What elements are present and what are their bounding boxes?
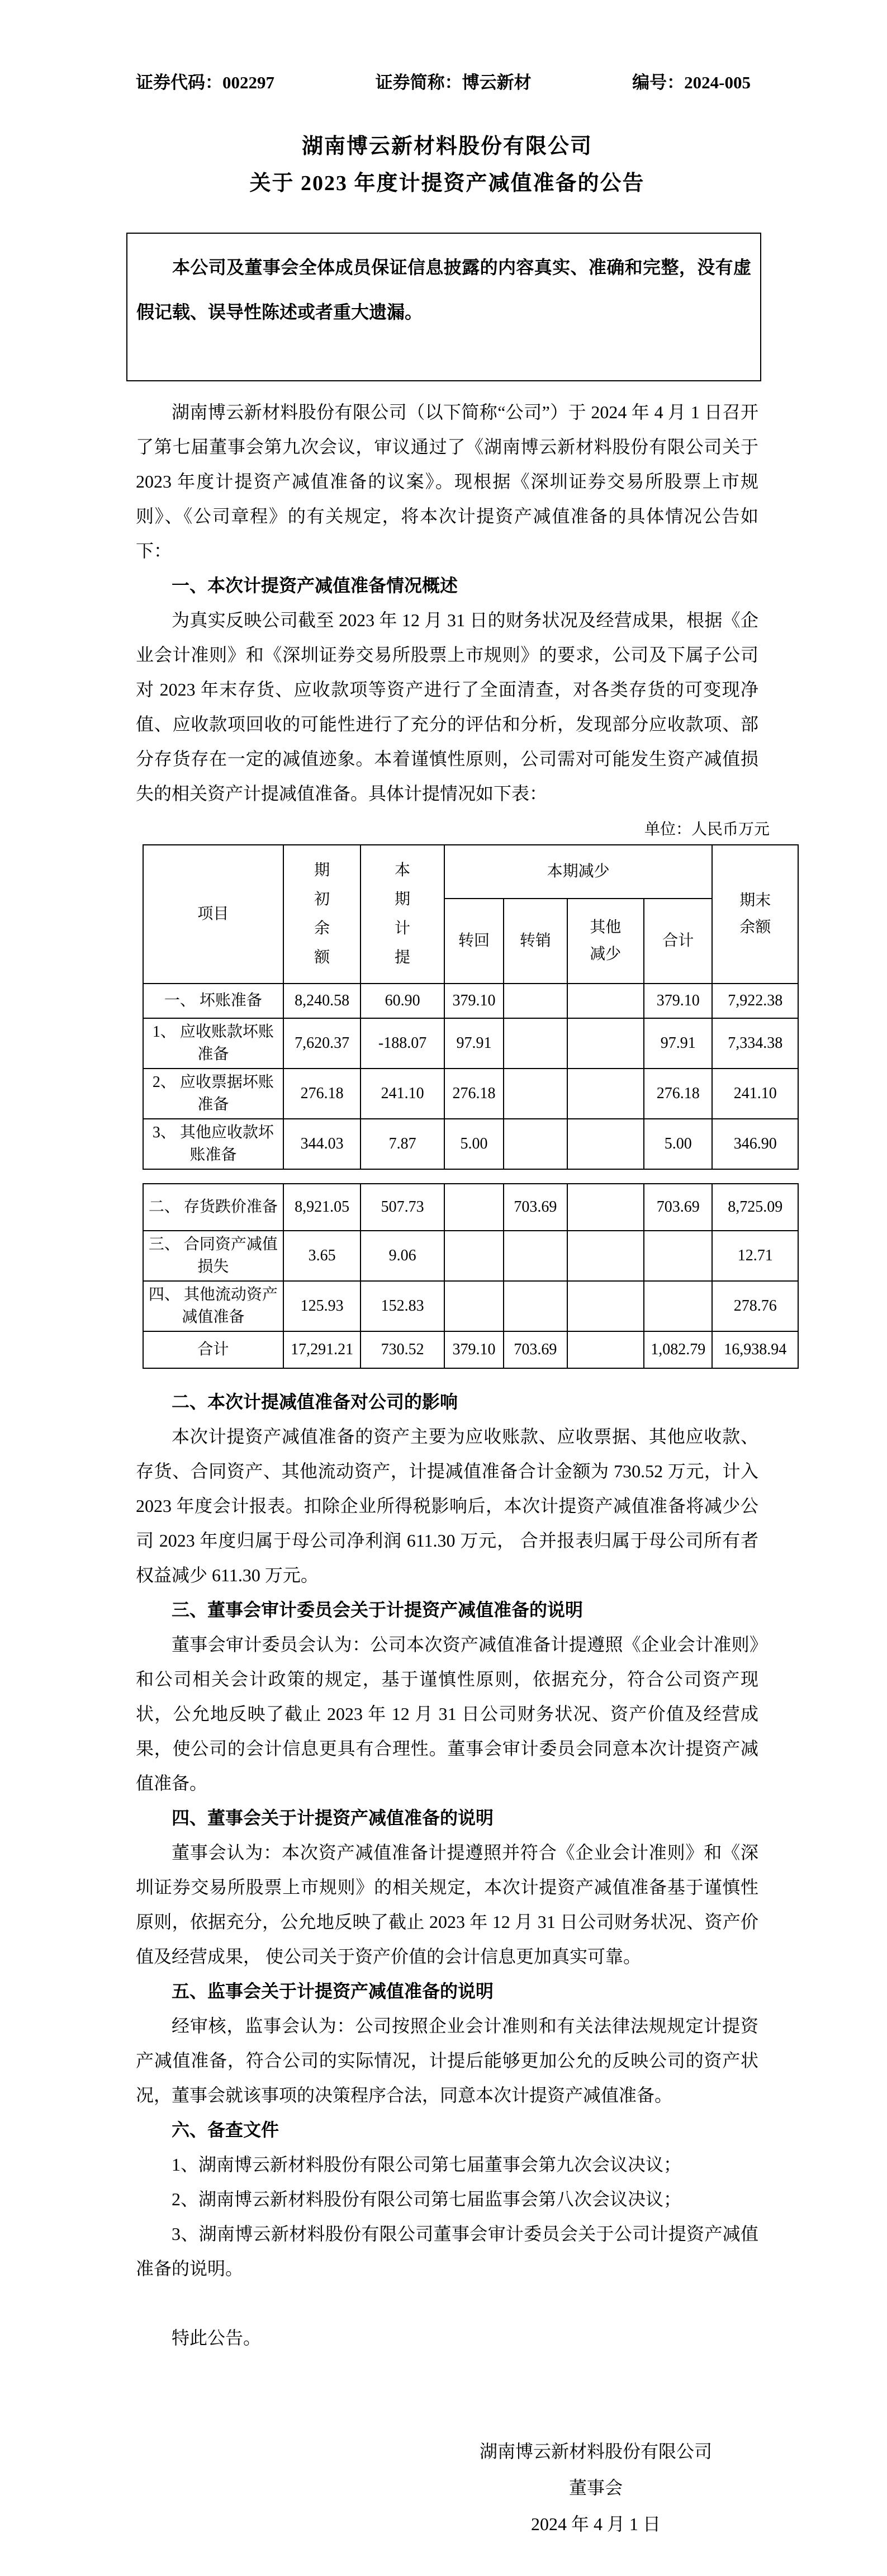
doc-number: 编号：2024-005 (632, 72, 751, 94)
section-heading-documents: 六、备查文件 (136, 2112, 758, 2147)
signature-board: 董事会 (473, 2470, 719, 2506)
board-paragraph: 董事会认为：本次资产减值准备计提遵照并符合《企业会计准则》和《深圳证券交易所股票… (136, 1835, 758, 1974)
stock-abbr: 证券简称：博云新材 (376, 72, 532, 94)
col-header-current-decrease: 本期减少 (444, 845, 713, 899)
doc-header: 证券代码：002297 证券简称：博云新材 编号：2024-005 (136, 72, 751, 94)
col-header-ending-balance: 期末余额 (712, 845, 798, 984)
table-row-other-current-assets: 四、 其他流动资产减值准备 125.93 152.83 278.76 (143, 1281, 798, 1331)
signature-block: 湖南博云新材料股份有限公司 董事会 2024 年 4 月 1 日 (473, 2433, 719, 2542)
doc-title: 湖南博云新材料股份有限公司 关于 2023 年度计提资产减值准备的公告 (136, 131, 758, 199)
section-heading-supervisory: 五、监事会关于计提资产减值准备的说明 (136, 1974, 758, 2008)
col-header-current-provision: 本期计提 (361, 845, 444, 984)
impact-paragraph: 本次计提资产减值准备的资产主要为应收账款、应收票据、其他应收款、存货、合同资产、… (136, 1419, 758, 1592)
impairment-table-part1: 项目 期初余额 本期计提 本期减少 期末余额 转回 转销 其他减少 合计 一、 … (143, 844, 799, 1170)
table-row-contract-assets: 三、 合同资产减值损失 3.65 9.06 12.71 (143, 1231, 798, 1281)
col-header-writeoff: 转销 (504, 899, 567, 984)
table-unit-label: 单位：人民币万元 (143, 819, 799, 841)
reference-document-3: 3、湖南博云新材料股份有限公司董事会审计委员会关于公司计提资产减值准备的说明。 (136, 2216, 758, 2286)
table-row-accounts-receivable: 1、 应收账款坏账准备 7,620.37 -188.07 97.91 97.91… (143, 1018, 798, 1069)
intro-paragraph: 湖南博云新材料股份有限公司（以下简称“公司”）于 2024 年 4 月 1 日召… (136, 395, 758, 568)
table-row-inventory: 二、 存货跌价准备 8,921.05 507.73 703.69 703.69 … (143, 1184, 798, 1231)
table-row-bad-debt: 一、 坏账准备 8,240.58 60.90 379.10 379.10 7,9… (143, 984, 798, 1018)
section-heading-impact: 二、本次计提减值准备对公司的影响 (136, 1384, 758, 1419)
overview-paragraph: 为真实反映公司截至 2023 年 12 月 31 日的财务状况及经营成果，根据《… (136, 603, 758, 811)
title-company: 湖南博云新材料股份有限公司 (136, 131, 758, 162)
col-header-beginning-balance: 期初余额 (283, 845, 361, 984)
announcement-page: 证券代码：002297 证券简称：博云新材 编号：2024-005 湖南博云新材… (0, 0, 887, 2576)
reference-document-1: 1、湖南博云新材料股份有限公司第七届董事会第九次会议决议； (136, 2147, 758, 2182)
table-header-row-1: 项目 期初余额 本期计提 本期减少 期末余额 (143, 845, 798, 899)
section-heading-audit-committee: 三、董事会审计委员会关于计提资产减值准备的说明 (136, 1592, 758, 1627)
table-row-total: 合计 17,291.21 730.52 379.10 703.69 1,082.… (143, 1331, 798, 1368)
col-header-decrease-subtotal: 合计 (644, 899, 712, 984)
col-header-reversal: 转回 (444, 899, 504, 984)
impairment-table-part2: 二、 存货跌价准备 8,921.05 507.73 703.69 703.69 … (143, 1183, 799, 1369)
col-header-item: 项目 (143, 845, 283, 984)
col-header-other-decrease: 其他减少 (567, 899, 644, 984)
signature-date: 2024 年 4 月 1 日 (473, 2506, 719, 2542)
stock-code: 证券代码：002297 (136, 72, 274, 94)
reference-document-2: 2、湖南博云新材料股份有限公司第七届监事会第八次会议决议； (136, 2182, 758, 2216)
supervisory-paragraph: 经审核，监事会认为：公司按照企业会计准则和有关法律法规规定计提资产减值准备，符合… (136, 2008, 758, 2112)
table-row-other-receivables: 3、 其他应收款坏账准备 344.03 7.87 5.00 5.00 346.9… (143, 1119, 798, 1169)
audit-committee-paragraph: 董事会审计委员会认为：公司本次资产减值准备计提遵照《企业会计准则》和公司相关会计… (136, 1627, 758, 1800)
title-subject: 关于 2023 年度计提资产减值准备的公告 (136, 168, 758, 199)
table-row-notes-receivable: 2、 应收票据坏账准备 276.18 241.10 276.18 276.18 … (143, 1069, 798, 1119)
truthfulness-notice-box: 本公司及董事会全体成员保证信息披露的内容真实、准确和完整，没有虚假记载、误导性陈… (126, 233, 761, 381)
closing-statement: 特此公告。 (136, 2320, 758, 2355)
section-heading-board: 四、董事会关于计提资产减值准备的说明 (136, 1800, 758, 1835)
signature-company: 湖南博云新材料股份有限公司 (473, 2433, 719, 2470)
section-heading-overview: 一、本次计提资产减值准备情况概述 (136, 568, 758, 603)
